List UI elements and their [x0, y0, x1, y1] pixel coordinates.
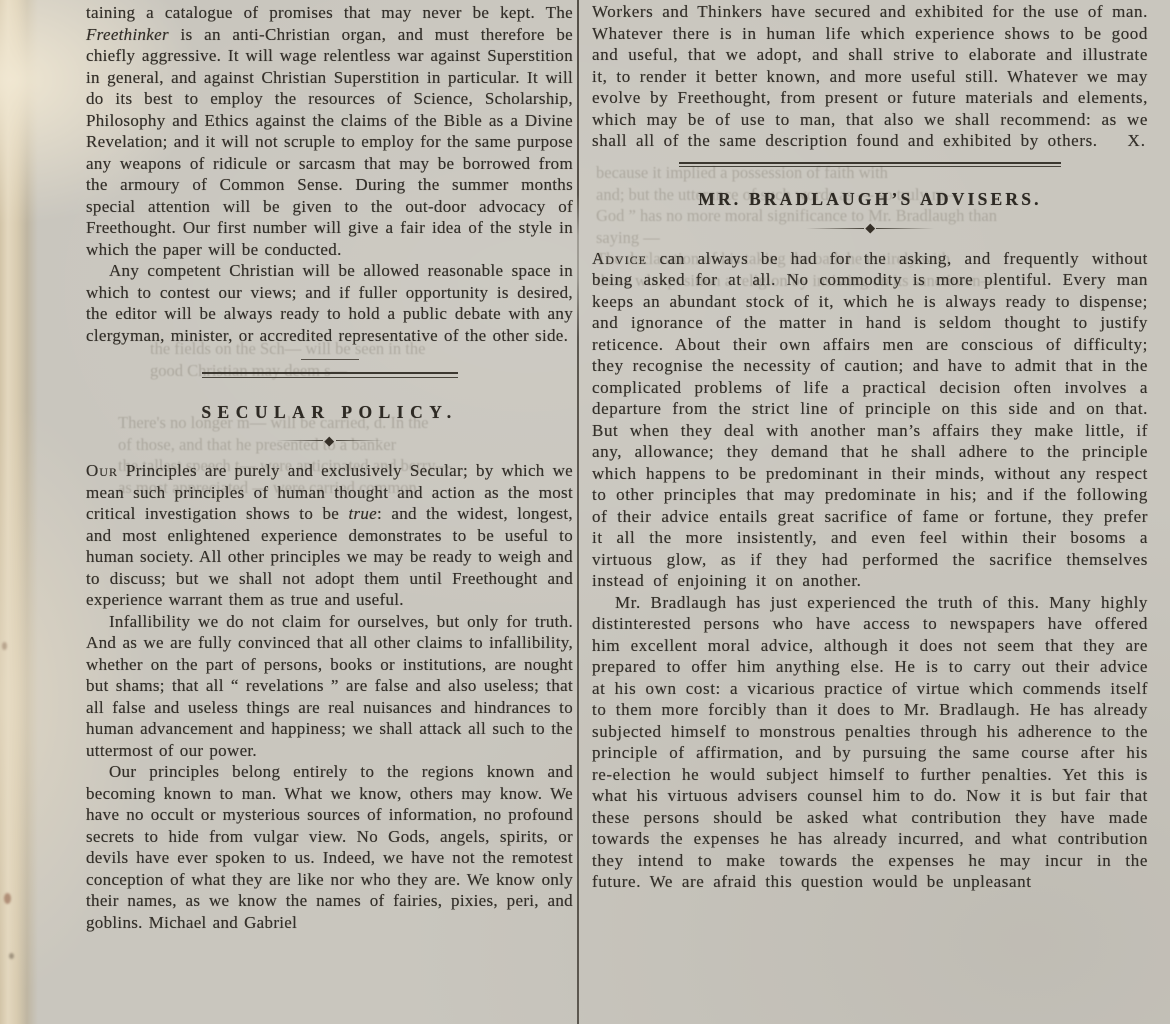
article-heading-bradlaughs-advisers: MR. BRADLAUGH’S ADVISERS. — [592, 189, 1148, 210]
small-caps-text-run: Advice — [592, 249, 647, 268]
paragraph: Workers and Thinkers have secured and ex… — [592, 1, 1148, 152]
text-run: Infallibility we do not claim for oursel… — [86, 612, 573, 760]
text-run: Workers and Thinkers have secured and ex… — [592, 2, 1148, 150]
column-divider-rule — [577, 0, 579, 1024]
text-run: Mr. Bradlaugh has just experienced the t… — [592, 593, 1148, 892]
article-secular-policy: Our Principles are purely and exclusivel… — [86, 460, 573, 933]
diamond-ornament — [806, 225, 934, 232]
text-run: can always be had for the asking, and fr… — [592, 249, 1148, 591]
article-bradlaugh: Advice can always be had for the asking,… — [592, 248, 1148, 893]
paragraph: Mr. Bradlaugh has just experienced the t… — [592, 592, 1148, 893]
text-run: is an anti-Christian organ, and must the… — [86, 25, 573, 259]
article-continuation-right: Workers and Thinkers have secured and ex… — [592, 1, 1148, 152]
italic-text-run: Freethinker — [86, 25, 169, 44]
paragraph: Our principles belong entirely to the re… — [86, 761, 573, 933]
article-heading-secular-policy: SECULAR POLICY. — [86, 402, 573, 423]
paragraph: Infallibility we do not claim for oursel… — [86, 611, 573, 762]
diamond-icon — [865, 224, 874, 233]
section-end-rule — [301, 359, 359, 360]
diamond-ornament — [276, 438, 384, 445]
ink-speck — [9, 953, 14, 959]
right-column: Workers and Thinkers have secured and ex… — [592, 1, 1148, 893]
small-caps-text-run: Our — [86, 461, 118, 480]
ink-speck — [2, 642, 7, 650]
text-run: taining a catalogue of promises that may… — [86, 3, 573, 22]
text-run: Our principles belong entirely to the re… — [86, 762, 573, 932]
diamond-icon — [325, 436, 334, 445]
author-signature: X. — [1127, 131, 1146, 150]
text-run: Any competent Christian will be allowed … — [86, 261, 573, 345]
scanned-newspaper-page: { "document": { "kind": "scanned newspap… — [0, 0, 1170, 1024]
italic-text-run: true — [348, 504, 377, 523]
article-continuation-left: taining a catalogue of promises that may… — [86, 2, 573, 346]
ink-speck — [4, 893, 11, 904]
paragraph: Advice can always be had for the asking,… — [592, 248, 1148, 592]
paragraph: Our Principles are purely and exclusivel… — [86, 460, 573, 611]
paragraph: taining a catalogue of promises that may… — [86, 2, 573, 260]
article-divider-rule — [679, 162, 1061, 168]
left-column: taining a catalogue of promises that may… — [86, 2, 573, 933]
paragraph: Any competent Christian will be allowed … — [86, 260, 573, 346]
article-divider-rule — [202, 372, 458, 378]
